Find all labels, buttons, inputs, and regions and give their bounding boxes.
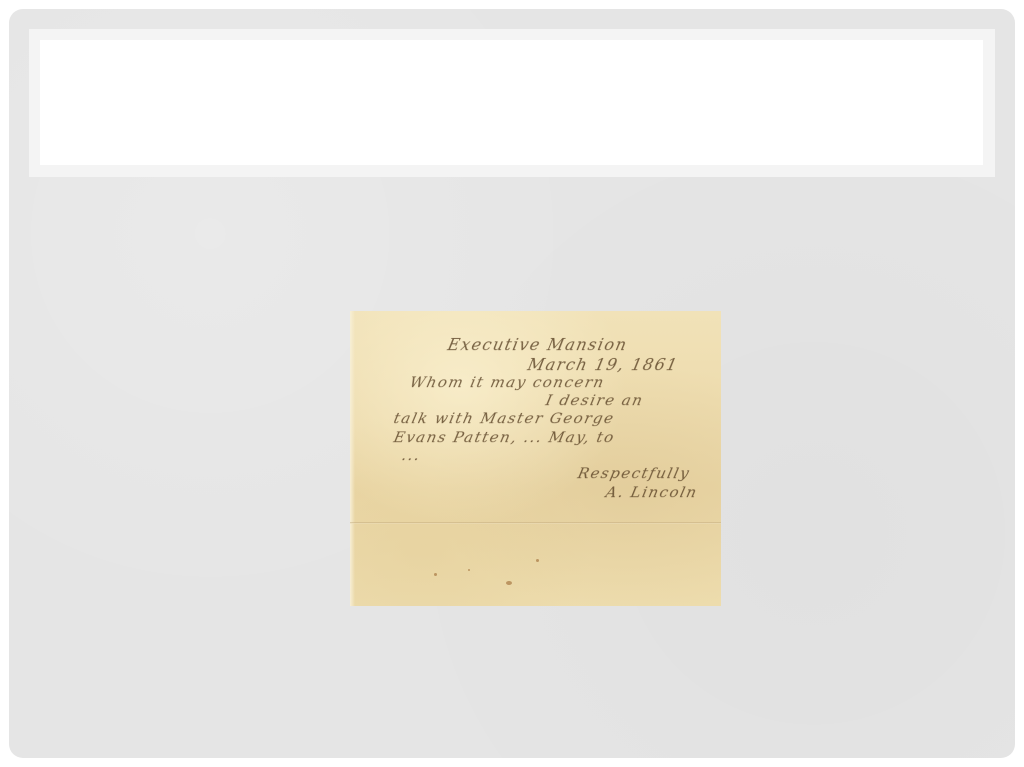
letter-line-date: March 19, 1861 (526, 355, 680, 374)
slide: Executive Mansion March 19, 1861 Whom it… (9, 9, 1015, 758)
letter-line-body-3: Evans Patten, ... May, to (392, 428, 617, 446)
paper-stain (434, 573, 437, 576)
title-placeholder-frame (29, 29, 995, 177)
letter-line-body-4: ... (400, 446, 423, 464)
paper-fold-line (350, 522, 721, 524)
letter-line-closing: Respectfully (576, 464, 692, 482)
handwritten-letter-image: Executive Mansion March 19, 1861 Whom it… (350, 311, 721, 606)
title-placeholder[interactable] (40, 40, 983, 165)
paper-stain (506, 581, 512, 585)
letter-line-signature: A. Lincoln (604, 483, 700, 501)
paper-stain (468, 569, 470, 571)
letter-line-heading: Executive Mansion (446, 335, 630, 354)
paper-stain (536, 559, 539, 562)
letter-line-body-1: I desire an (544, 391, 645, 409)
letter-line-salutation: Whom it may concern (408, 373, 607, 391)
letter-line-body-2: talk with Master George (392, 409, 616, 427)
